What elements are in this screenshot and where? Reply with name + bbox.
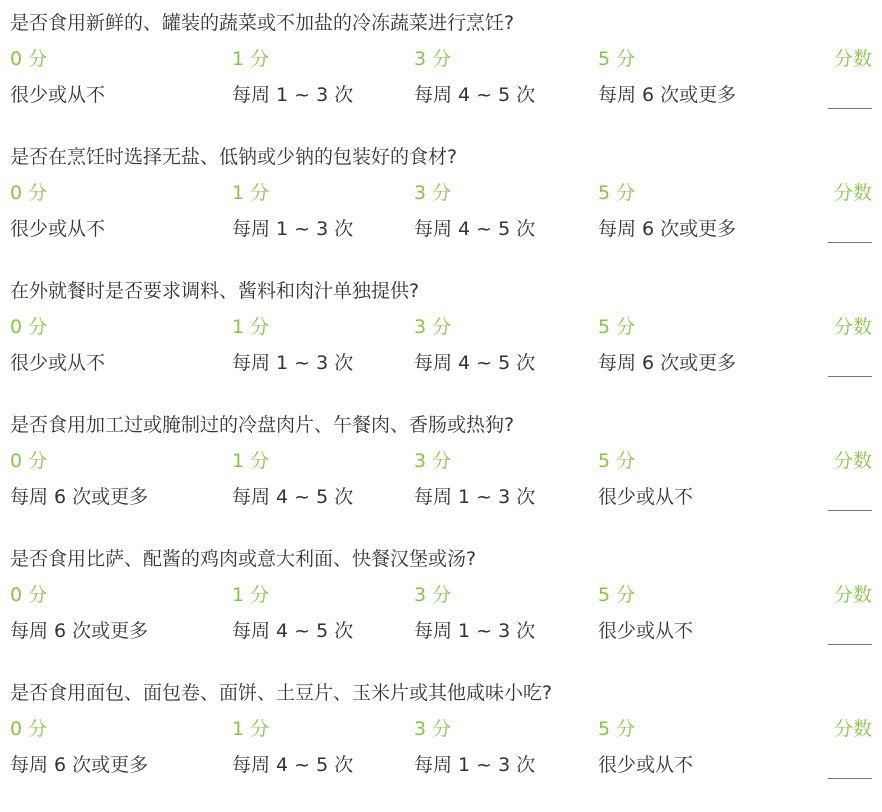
frequency-option: 很少或从不 — [598, 482, 693, 512]
score-label: 3 分 — [414, 580, 451, 610]
score-blank-line[interactable] — [828, 242, 872, 243]
score-label: 0 分 — [10, 178, 47, 208]
score-label: 0 分 — [10, 44, 47, 74]
question-text: 是否在烹饪时选择无盐、低钠或少钠的包装好的食材? — [10, 142, 457, 172]
question-block: 是否在烹饪时选择无盐、低钠或少钠的包装好的食材?0 分很少或从不1 分每周 1 … — [0, 142, 882, 276]
frequency-option: 每周 4 ~ 5 次 — [232, 750, 353, 780]
score-label: 5 分 — [598, 714, 635, 744]
frequency-option: 每周 4 ~ 5 次 — [232, 616, 353, 646]
score-blank-line[interactable] — [828, 778, 872, 779]
question-block: 是否食用面包、面包卷、面饼、土豆片、玉米片或其他咸味小吃?0 分每周 6 次或更… — [0, 678, 882, 782]
frequency-option: 每周 6 次或更多 — [10, 616, 148, 646]
question-text: 是否食用加工过或腌制过的冷盘肉片、午餐肉、香肠或热狗? — [10, 410, 514, 440]
frequency-option: 每周 6 次或更多 — [10, 482, 148, 512]
score-label: 1 分 — [232, 312, 269, 342]
frequency-option: 很少或从不 — [598, 616, 693, 646]
score-label: 1 分 — [232, 178, 269, 208]
score-header: 分数 — [834, 312, 872, 342]
frequency-option: 每周 4 ~ 5 次 — [414, 80, 535, 110]
question-block: 在外就餐时是否要求调料、酱料和肉汁单独提供?0 分很少或从不1 分每周 1 ~ … — [0, 276, 882, 410]
frequency-option: 很少或从不 — [10, 348, 105, 378]
frequency-option: 很少或从不 — [10, 80, 105, 110]
frequency-option: 很少或从不 — [10, 214, 105, 244]
frequency-option: 每周 1 ~ 3 次 — [232, 214, 353, 244]
frequency-option: 每周 1 ~ 3 次 — [414, 750, 535, 780]
frequency-option: 每周 6 次或更多 — [598, 348, 736, 378]
score-label: 0 分 — [10, 714, 47, 744]
frequency-option: 每周 1 ~ 3 次 — [232, 348, 353, 378]
score-label: 0 分 — [10, 446, 47, 476]
score-label: 3 分 — [414, 714, 451, 744]
question-block: 是否食用比萨、配酱的鸡肉或意大利面、快餐汉堡或汤?0 分每周 6 次或更多1 分… — [0, 544, 882, 678]
score-header: 分数 — [834, 714, 872, 744]
question-text: 是否食用比萨、配酱的鸡肉或意大利面、快餐汉堡或汤? — [10, 544, 476, 574]
score-blank-line[interactable] — [828, 510, 872, 511]
score-label: 5 分 — [598, 446, 635, 476]
score-label: 3 分 — [414, 178, 451, 208]
frequency-option: 每周 1 ~ 3 次 — [232, 80, 353, 110]
score-label: 1 分 — [232, 44, 269, 74]
score-label: 5 分 — [598, 178, 635, 208]
score-label: 0 分 — [10, 312, 47, 342]
score-label: 5 分 — [598, 44, 635, 74]
score-header: 分数 — [834, 178, 872, 208]
question-text: 是否食用新鲜的、罐装的蔬菜或不加盐的冷冻蔬菜进行烹饪? — [10, 8, 514, 38]
score-label: 1 分 — [232, 580, 269, 610]
frequency-option: 每周 1 ~ 3 次 — [414, 482, 535, 512]
score-blank-line[interactable] — [828, 108, 872, 109]
score-header: 分数 — [834, 580, 872, 610]
frequency-option: 每周 4 ~ 5 次 — [232, 482, 353, 512]
score-label: 0 分 — [10, 580, 47, 610]
score-label: 1 分 — [232, 714, 269, 744]
question-text: 是否食用面包、面包卷、面饼、土豆片、玉米片或其他咸味小吃? — [10, 678, 552, 708]
frequency-option: 每周 6 次或更多 — [598, 214, 736, 244]
score-blank-line[interactable] — [828, 376, 872, 377]
score-label: 3 分 — [414, 446, 451, 476]
score-label: 5 分 — [598, 312, 635, 342]
frequency-option: 每周 6 次或更多 — [598, 80, 736, 110]
question-text: 在外就餐时是否要求调料、酱料和肉汁单独提供? — [10, 276, 419, 306]
score-label: 3 分 — [414, 44, 451, 74]
frequency-option: 很少或从不 — [598, 750, 693, 780]
score-label: 1 分 — [232, 446, 269, 476]
frequency-option: 每周 6 次或更多 — [10, 750, 148, 780]
frequency-option: 每周 4 ~ 5 次 — [414, 214, 535, 244]
frequency-option: 每周 1 ~ 3 次 — [414, 616, 535, 646]
score-label: 3 分 — [414, 312, 451, 342]
question-block: 是否食用新鲜的、罐装的蔬菜或不加盐的冷冻蔬菜进行烹饪?0 分很少或从不1 分每周… — [0, 8, 882, 142]
score-label: 5 分 — [598, 580, 635, 610]
frequency-option: 每周 4 ~ 5 次 — [414, 348, 535, 378]
score-header: 分数 — [834, 44, 872, 74]
score-blank-line[interactable] — [828, 644, 872, 645]
question-block: 是否食用加工过或腌制过的冷盘肉片、午餐肉、香肠或热狗?0 分每周 6 次或更多1… — [0, 410, 882, 544]
score-header: 分数 — [834, 446, 872, 476]
